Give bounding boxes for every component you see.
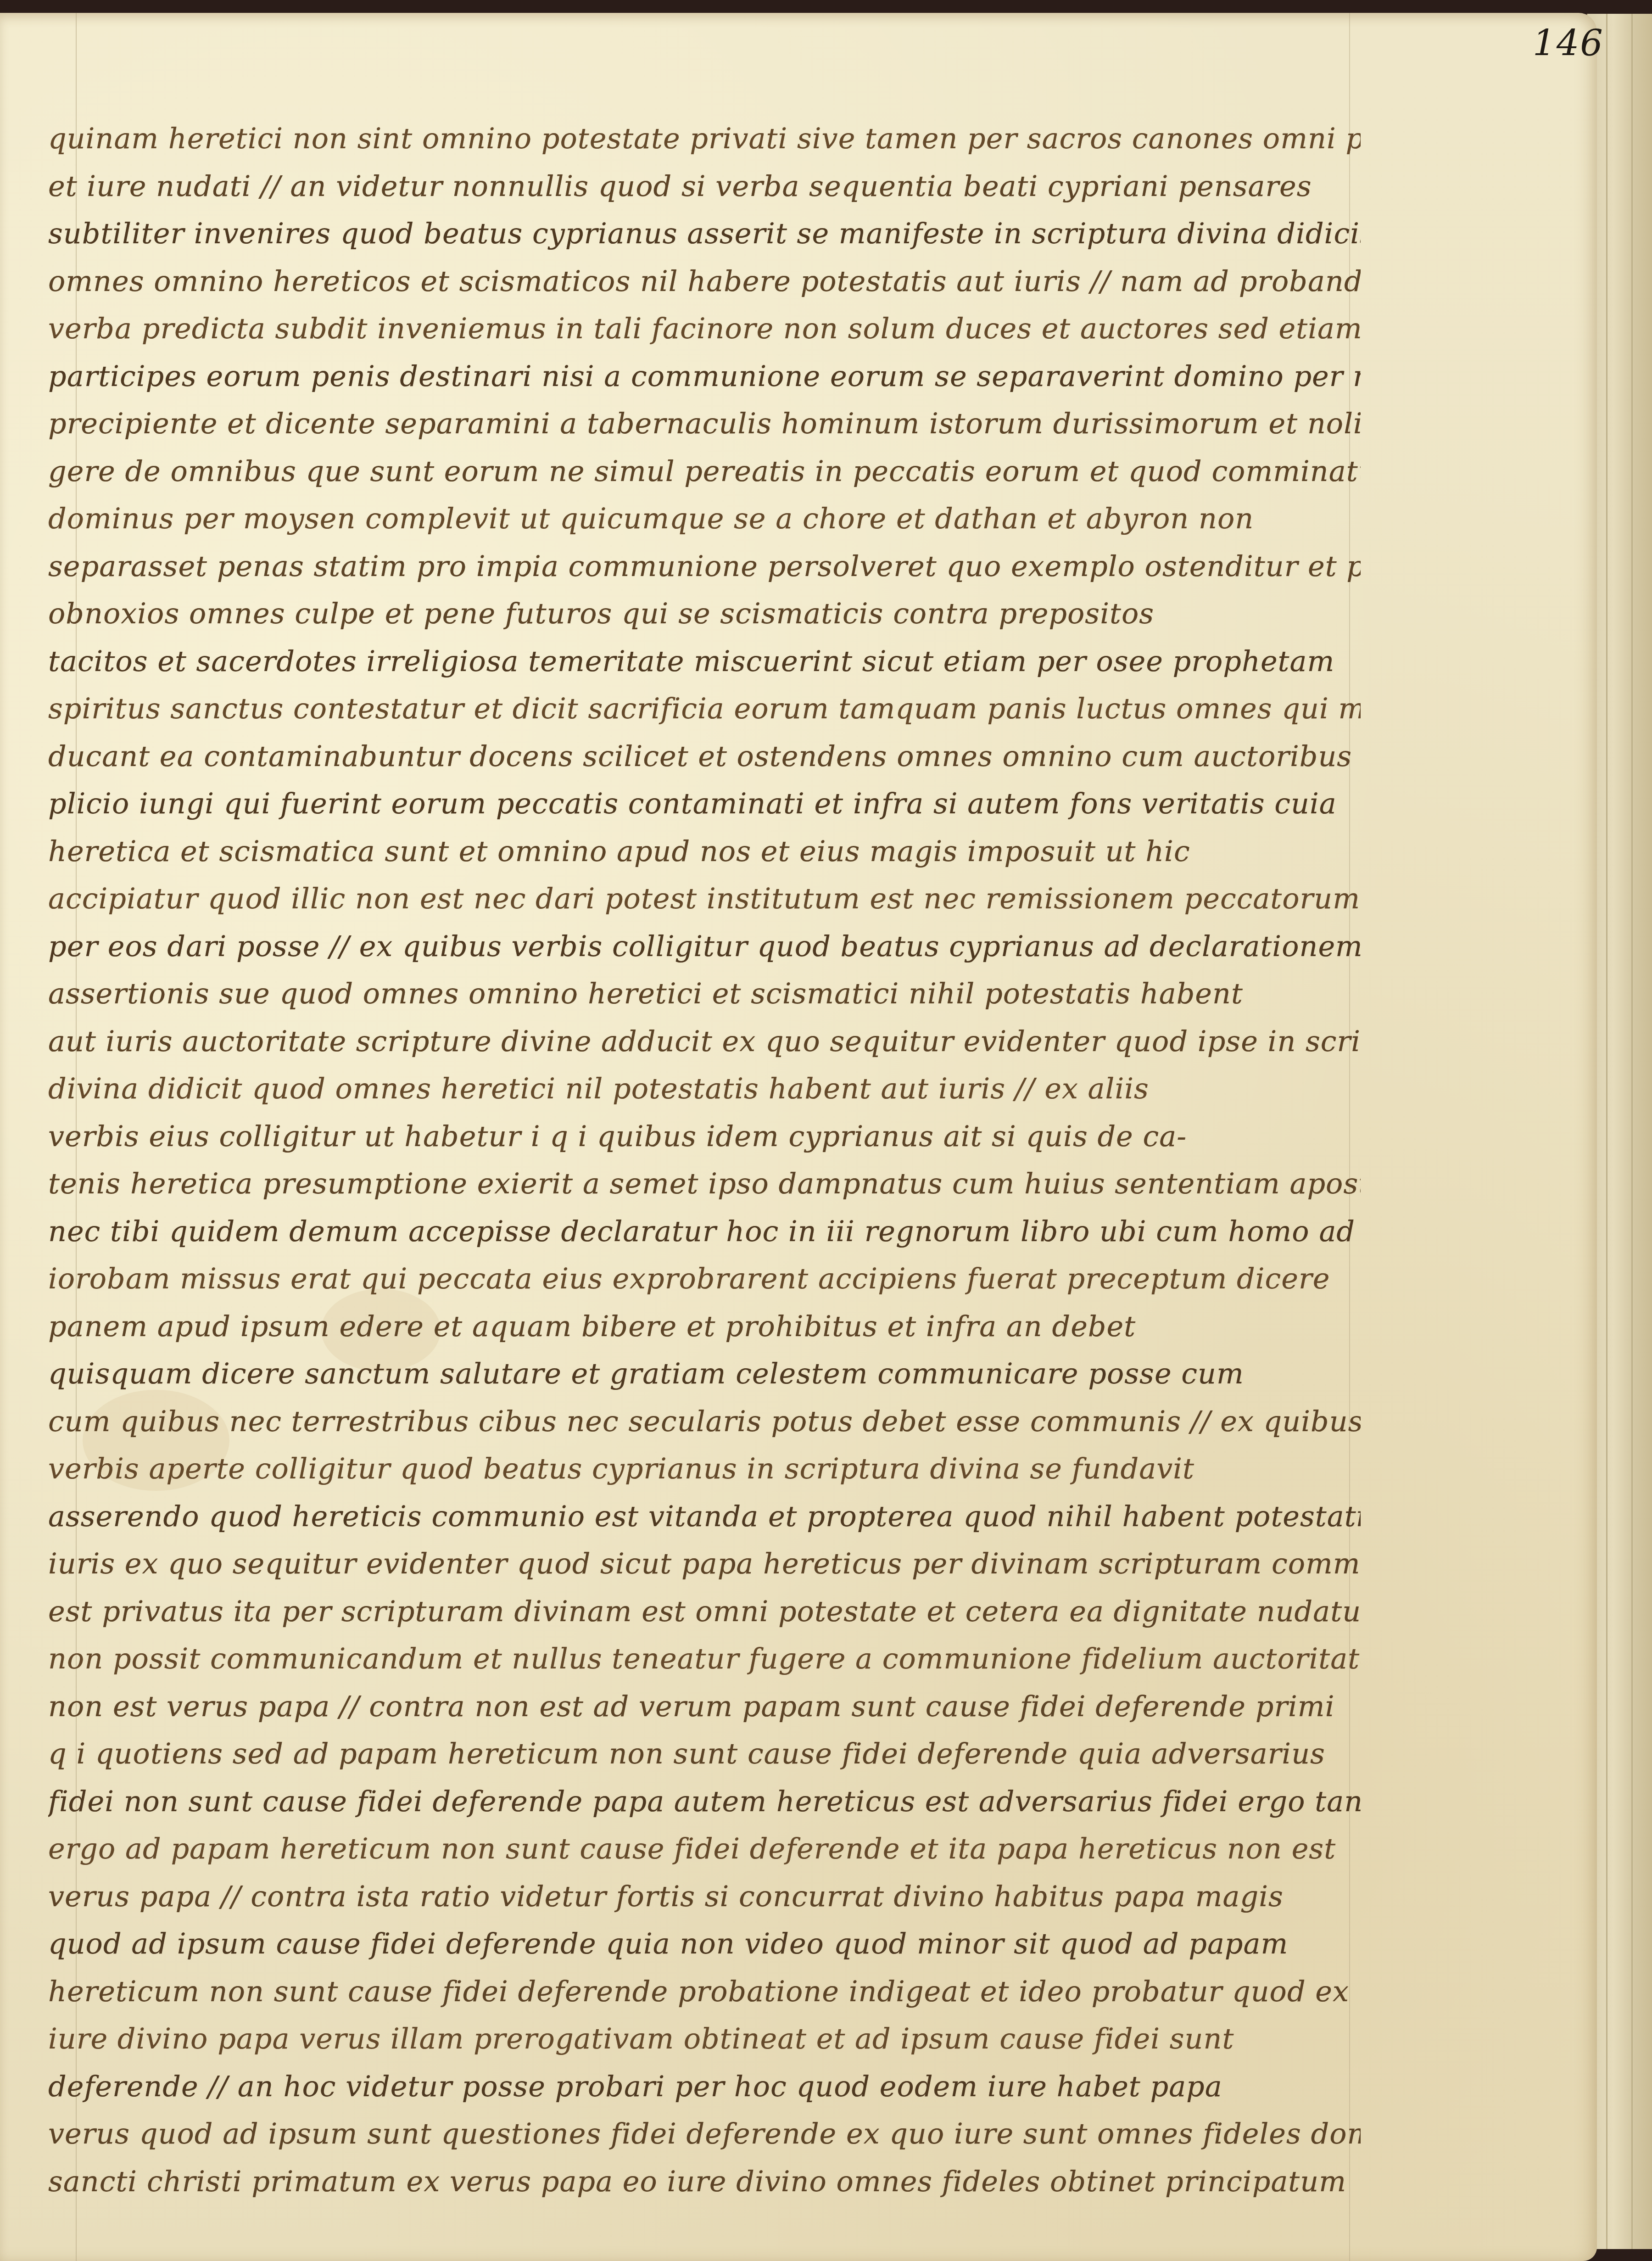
text-line: separasset penas statim pro impia commun…: [48, 543, 1361, 590]
page-edge-line: [1606, 14, 1607, 2249]
text-line: est privatus ita per scripturam divinam …: [48, 1588, 1361, 1635]
text-line: verus papa // contra ista ratio videtur …: [48, 1873, 1361, 1920]
text-line: ducant ea contaminabuntur docens scilice…: [48, 733, 1361, 780]
text-line: non est verus papa // contra non est ad …: [48, 1683, 1361, 1730]
text-line: plicio iungi qui fuerint eorum peccatis …: [48, 780, 1361, 828]
text-line: participes eorum penis destinari nisi a …: [48, 353, 1361, 400]
text-line: verbis eius colligitur ut habetur i q i …: [48, 1113, 1361, 1160]
text-line: nec tibi quidem demum accepisse declarat…: [48, 1208, 1361, 1255]
text-line: gere de omnibus que sunt eorum ne simul …: [48, 448, 1361, 495]
text-line: per eos dari posse // ex quibus verbis c…: [48, 923, 1361, 970]
text-line: tenis heretica presumptione exierit a se…: [48, 1160, 1361, 1208]
text-line: cum quibus nec terrestribus cibus nec se…: [48, 1398, 1361, 1445]
text-line: quisquam dicere sanctum salutare et grat…: [48, 1350, 1361, 1398]
text-line: quinam heretici non sint omnino potestat…: [48, 115, 1361, 162]
text-line: omnes omnino hereticos et scismaticos ni…: [48, 257, 1361, 305]
text-line: precipiente et dicente separamini a tabe…: [48, 400, 1361, 448]
text-line: assertionis sue quod omnes omnino hereti…: [48, 970, 1361, 1018]
text-line: fidei non sunt cause fidei deferende pap…: [48, 1778, 1361, 1825]
text-line: iorobam missus erat qui peccata eius exp…: [48, 1255, 1361, 1303]
text-line: accipiatur quod illic non est nec dari p…: [48, 875, 1361, 923]
folio-number: 146: [1533, 23, 1604, 64]
text-line: subtiliter invenires quod beatus cyprian…: [48, 210, 1361, 257]
text-line: ergo ad papam hereticum non sunt cause f…: [48, 1825, 1361, 1873]
manuscript-page: 146 quinam heretici non sint omnino pote…: [0, 13, 1597, 2261]
text-line: verus quod ad ipsum sunt questiones fide…: [48, 2110, 1361, 2158]
manuscript-scan: 146 quinam heretici non sint omnino pote…: [0, 0, 1652, 2261]
text-line: et iure nudati // an videtur nonnullis q…: [48, 162, 1361, 210]
text-line: sancti christi primatum ex verus papa eo…: [48, 2158, 1361, 2205]
text-line: panem apud ipsum edere et aquam bibere e…: [48, 1303, 1361, 1350]
text-line: aut iuris auctoritate scripture divine a…: [48, 1018, 1361, 1065]
text-line: verba predicta subdit inveniemus in tali…: [48, 305, 1361, 353]
text-line: iure divino papa verus illam prerogativa…: [48, 2015, 1361, 2063]
text-line: deferende // an hoc videtur posse probar…: [48, 2063, 1361, 2110]
text-line: heretica et scismatica sunt et omnino ap…: [48, 828, 1361, 875]
page-edge-line: [1631, 14, 1633, 2249]
text-line: asserendo quod hereticis communio est vi…: [48, 1493, 1361, 1540]
text-line: dominus per moysen complevit ut quicumqu…: [48, 495, 1361, 543]
text-line: quod ad ipsum cause fidei deferende quia…: [48, 1920, 1361, 1968]
text-line: non possit communicandum et nullus tenea…: [48, 1635, 1361, 1683]
text-line: verbis aperte colligitur quod beatus cyp…: [48, 1445, 1361, 1493]
text-block: quinam heretici non sint omnino potestat…: [48, 115, 1361, 2205]
text-line: hereticum non sunt cause fidei deferende…: [48, 1968, 1361, 2015]
text-line: spiritus sanctus contestatur et dicit sa…: [48, 685, 1361, 733]
text-line: q i quotiens sed ad papam hereticum non …: [48, 1730, 1361, 1778]
text-line: obnoxios omnes culpe et pene futuros qui…: [48, 590, 1361, 638]
text-line: tacitos et sacerdotes irreligiosa temeri…: [48, 638, 1361, 685]
text-line: iuris ex quo sequitur evidenter quod sic…: [48, 1540, 1361, 1588]
text-line: divina didicit quod omnes heretici nil p…: [48, 1065, 1361, 1113]
